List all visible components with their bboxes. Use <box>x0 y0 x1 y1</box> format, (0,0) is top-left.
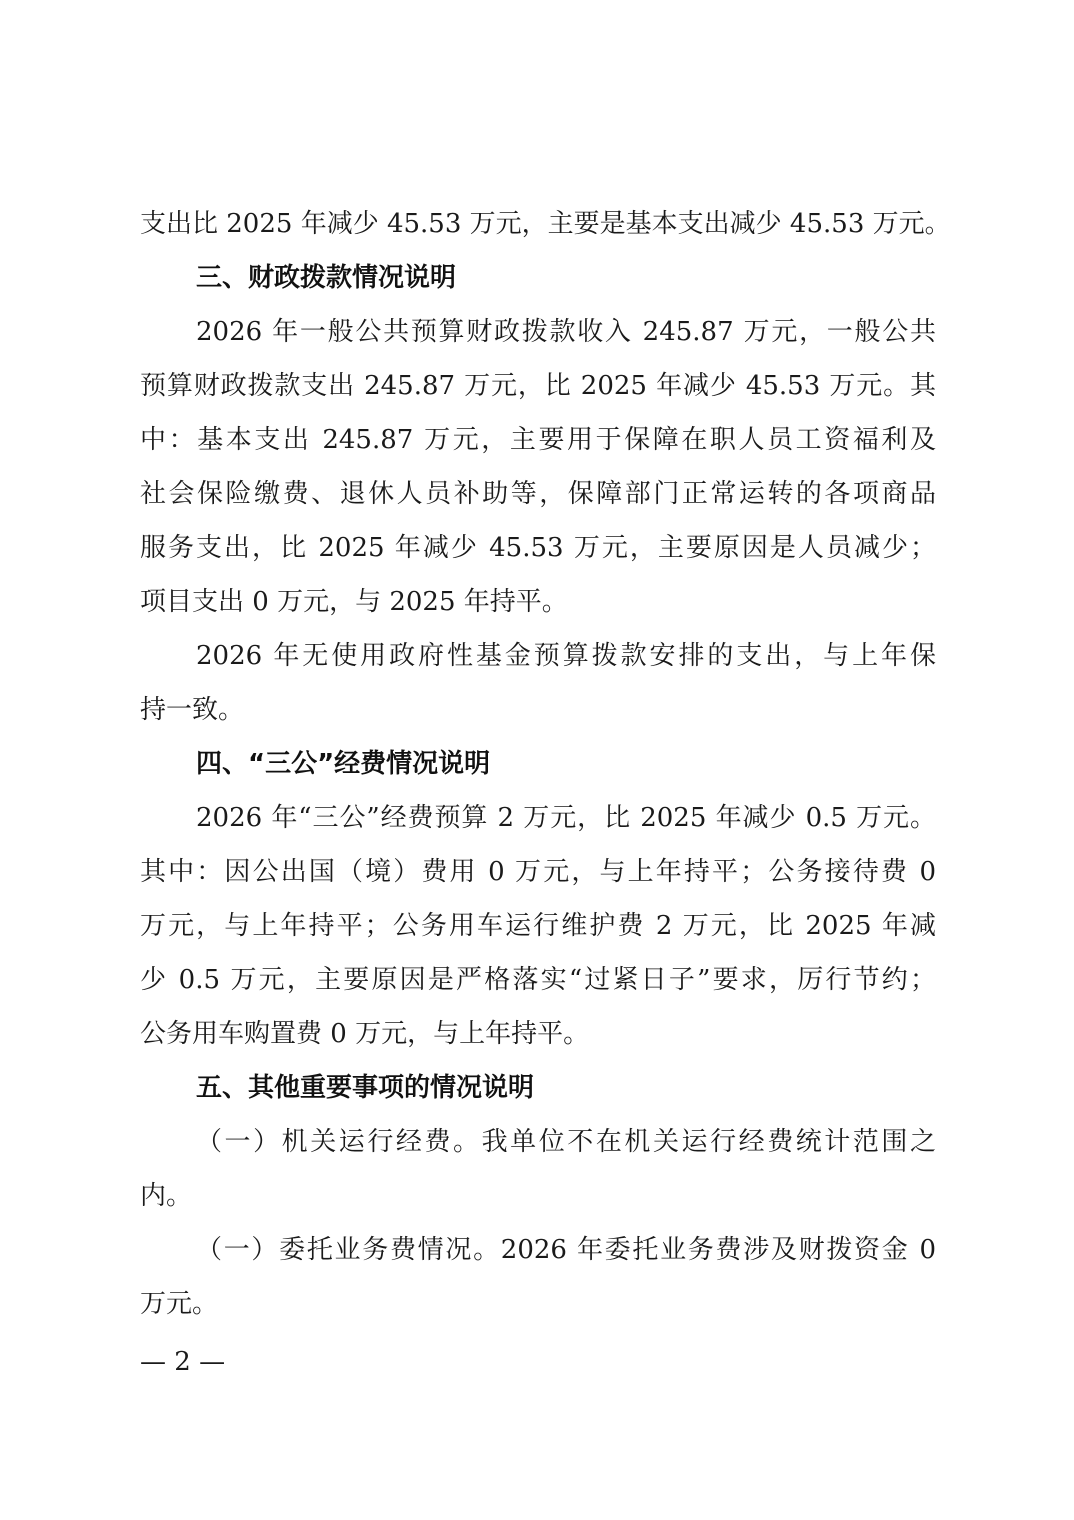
paragraph-line: 2026 年无使用政府性基金预算拨款安排的支出，与上年保 <box>196 636 936 676</box>
paragraph-line: 持一致。 <box>140 690 936 730</box>
paragraph-line: （一）委托业务费情况。2026 年委托业务费涉及财拨资金 0 <box>196 1230 936 1270</box>
paragraph-line: 其中：因公出国（境）费用 0 万元，与上年持平；公务接待费 0 <box>140 852 936 892</box>
document-page: 支出比 2025 年减少 45.53 万元，主要是基本支出减少 45.53 万元… <box>0 0 1074 1520</box>
paragraph-line: 万元。 <box>140 1284 936 1324</box>
paragraph-line: 服务支出，比 2025 年减少 45.53 万元，主要原因是人员减少； <box>140 528 936 568</box>
section-heading-5: 五、其他重要事项的情况说明 <box>196 1068 534 1108</box>
paragraph-line: 中：基本支出 245.87 万元，主要用于保障在职人员工资福利及 <box>140 420 936 460</box>
paragraph-line: 预算财政拨款支出 245.87 万元，比 2025 年减少 45.53 万元。其 <box>140 366 936 406</box>
paragraph-line: 少 0.5 万元，主要原因是严格落实“过紧日子”要求，厉行节约； <box>140 960 936 1000</box>
paragraph-line: 2026 年一般公共预算财政拨款收入 245.87 万元，一般公共 <box>196 312 936 352</box>
page-number: — 2 — <box>140 1342 225 1382</box>
paragraph-line: 2026 年“三公”经费预算 2 万元，比 2025 年减少 0.5 万元。 <box>196 798 936 838</box>
paragraph-line: 项目支出 0 万元，与 2025 年持平。 <box>140 582 936 622</box>
paragraph-line: 社会保险缴费、退休人员补助等，保障部门正常运转的各项商品 <box>140 474 936 514</box>
paragraph-line: 内。 <box>140 1176 936 1216</box>
paragraph-line: 公务用车购置费 0 万元，与上年持平。 <box>140 1014 936 1054</box>
section-heading-3: 三、财政拨款情况说明 <box>196 258 456 298</box>
paragraph-line: 万元，与上年持平；公务用车运行维护费 2 万元，比 2025 年减 <box>140 906 936 946</box>
section-heading-4: 四、“三公”经费情况说明 <box>196 744 490 784</box>
paragraph-line: 支出比 2025 年减少 45.53 万元，主要是基本支出减少 45.53 万元… <box>140 204 936 244</box>
paragraph-line: （一）机关运行经费。我单位不在机关运行经费统计范围之 <box>196 1122 936 1162</box>
